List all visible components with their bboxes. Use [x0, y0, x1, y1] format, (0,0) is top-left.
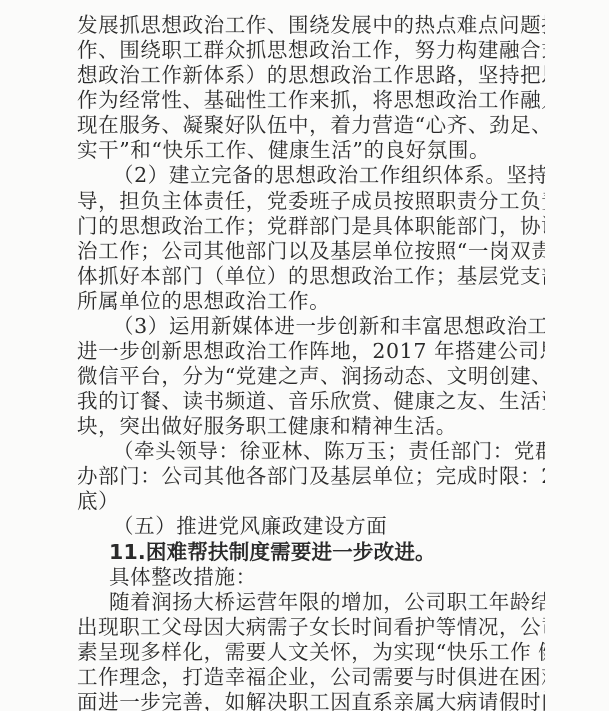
text-line: 具体整改措施：: [109, 565, 545, 589]
text-line: 作为经常性、基础性工作来抓，将思想政治工作融入到生产、体: [77, 88, 545, 112]
text-line: 随着润扬大桥运营年限的增加，公司职工年龄结构的变化，: [109, 590, 545, 614]
text-line: （牵头领导：徐亚林、陈万玉；责任部门：党群工作部；协: [113, 439, 545, 463]
text-line: 我的订餐、读书频道、音乐欣赏、健康之友、生活资讯”等子模: [77, 389, 545, 413]
text-line: 微信平台，分为“党建之声、润扬动态、文明创建、员工天地、: [77, 364, 545, 388]
text-line: 想政治工作新体系）的思想政治工作思路，坚持把思想政治工作: [77, 63, 545, 87]
text-line: 底）: [77, 489, 545, 513]
text-line: 出现职工父母因大病需子女长时间看护等情况，公司职工致困因: [77, 615, 545, 639]
text-line: 现在服务、凝聚好队伍中，着力营造“心齐、劲足、气顺、风正、: [77, 113, 545, 137]
text-line: 作、围绕职工群众抓思想政治工作，努力构建融合式、实效型思: [77, 38, 545, 62]
text-line: 进一步创新思想政治工作阵地，2017 年搭建公司思想政治工作: [77, 339, 545, 363]
text-line: 导，担负主体责任，党委班子成员按照职责分工负责做好分管部: [77, 189, 545, 213]
text-line: （2）建立完备的思想政治工作组织体系。坚持党委统一领: [113, 163, 545, 187]
text-line: 办部门：公司其他各部门及基层单位；完成时限：2017 年 5 月: [77, 464, 545, 488]
text-line: 所属单位的思想政治工作。: [77, 289, 545, 313]
text-line: （五）推进党风廉政建设方面: [113, 514, 545, 538]
text-line: 实干”和“快乐工作、健康生活”的良好氛围。: [77, 138, 545, 162]
document-page: 发展抓思想政治工作、围绕发展中的热点难点问题抓思想政治工作、围绕职工群众抓思想政…: [0, 0, 609, 711]
text-line: 面进一步完善，如解决职工因直系亲属大病请假时间长问题，完: [77, 690, 545, 711]
text-line: 块，突出做好服务职工健康和精神生活。: [77, 414, 545, 438]
text-line: 发展抓思想政治工作、围绕发展中的热点难点问题抓思想政治工: [77, 13, 545, 37]
text-line: 素呈现多样化，需要人文关怀，为实现“快乐工作 健康生活”: [77, 640, 545, 664]
text-line: 门的思想政治工作；党群部门是具体职能部门，协调推进思想政: [77, 214, 545, 238]
text-line: （3）运用新媒体进一步创新和丰富思想政治工作阵地建设。: [113, 314, 545, 338]
text-line: 工作理念，打造幸福企业，公司需要与时俱进在困难帮扶制度方: [77, 665, 545, 689]
text-line: 治工作；公司其他部门以及基层单位按照“一岗双责”的要求具: [77, 239, 545, 263]
text-line: 体抓好本部门（单位）的思想政治工作；基层党支部引领和带动: [77, 264, 545, 288]
section-heading: 11.困难帮扶制度需要进一步改进。: [109, 540, 545, 564]
